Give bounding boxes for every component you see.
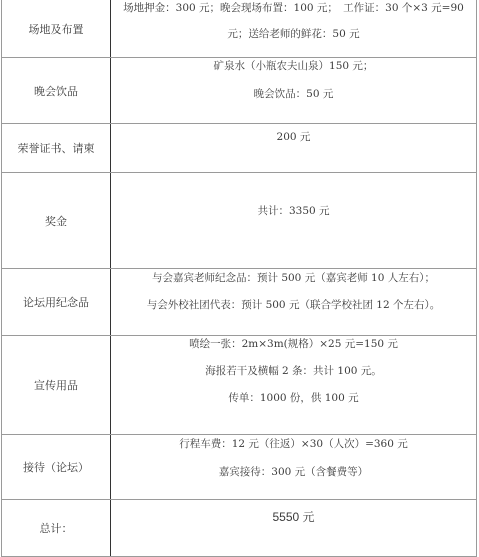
content-line: 场地押金：300 元；晚会现场布置：100 元； 工作证：30 个×3 元=90: [111, 0, 476, 15]
row-label: 场地及布置: [2, 0, 111, 58]
content-line: 与会嘉宾老师纪念品：预计 500 元（嘉宾老师 10 人左右）；: [111, 269, 476, 285]
total-value: 5550 元: [111, 500, 476, 524]
content-line: 行程车费：12 元（往返）×30（人次）=360 元: [111, 435, 476, 451]
content-line: 共计：3350 元: [111, 173, 476, 218]
table-row-certificates: 荣誉证书、请柬 200 元: [2, 124, 477, 173]
content-line: 元；送给老师的鲜花：50 元: [111, 27, 476, 41]
row-label: 晚会饮品: [2, 58, 111, 124]
content-line: 200 元: [111, 124, 476, 144]
row-content: 喷绘一张：2m×3m(规格）×25 元=150 元 海报若干及横幅 2 条：共计…: [111, 336, 477, 435]
row-content: 场地押金：300 元；晚会现场布置：100 元； 工作证：30 个×3 元=90…: [111, 0, 477, 58]
table-row-drinks: 晚会饮品 矿泉水（小瓶农夫山泉）150 元； 晚会饮品：50 元: [2, 58, 477, 124]
row-content: 矿泉水（小瓶农夫山泉）150 元； 晚会饮品：50 元: [111, 58, 477, 124]
row-label: 总计：: [2, 500, 111, 557]
row-label: 接待（论坛）: [2, 435, 111, 500]
table-row-reception: 接待（论坛） 行程车费：12 元（往返）×30（人次）=360 元 嘉宾接待：3…: [2, 435, 477, 500]
row-content: 与会嘉宾老师纪念品：预计 500 元（嘉宾老师 10 人左右）； 与会外校社团代…: [111, 269, 477, 336]
table-row-venue: 场地及布置 场地押金：300 元；晚会现场布置：100 元； 工作证：30 个×…: [2, 0, 477, 58]
content-line: 喷绘一张：2m×3m(规格）×25 元=150 元: [111, 336, 476, 351]
row-label: 宣传用品: [2, 336, 111, 435]
content-line: 晚会饮品：50 元: [111, 87, 476, 101]
budget-table: 场地及布置 场地押金：300 元；晚会现场布置：100 元； 工作证：30 个×…: [1, 0, 477, 557]
row-content: 200 元: [111, 124, 477, 173]
row-content: 共计：3350 元: [111, 173, 477, 269]
content-line: 海报若干及横幅 2 条：共计 100 元。: [111, 364, 476, 378]
table-row-promotion: 宣传用品 喷绘一张：2m×3m(规格）×25 元=150 元 海报若干及横幅 2…: [2, 336, 477, 435]
table-row-total: 总计： 5550 元: [2, 500, 477, 557]
content-line: 与会外校社团代表：预计 500 元（联合学校社团 12 个左右）。: [111, 298, 476, 312]
content-line: 嘉宾接待：300 元（含餐费等）: [111, 465, 476, 479]
content-line: 矿泉水（小瓶农夫山泉）150 元；: [111, 58, 476, 73]
table-row-prizes: 奖金 共计：3350 元: [2, 173, 477, 269]
row-label: 论坛用纪念品: [2, 269, 111, 336]
row-content: 5550 元: [111, 500, 477, 557]
table-row-souvenirs: 论坛用纪念品 与会嘉宾老师纪念品：预计 500 元（嘉宾老师 10 人左右）； …: [2, 269, 477, 336]
content-line: 传单：1000 份，供 100 元: [111, 391, 476, 405]
row-content: 行程车费：12 元（往返）×30（人次）=360 元 嘉宾接待：300 元（含餐…: [111, 435, 477, 500]
row-label: 奖金: [2, 173, 111, 269]
row-label: 荣誉证书、请柬: [2, 124, 111, 173]
